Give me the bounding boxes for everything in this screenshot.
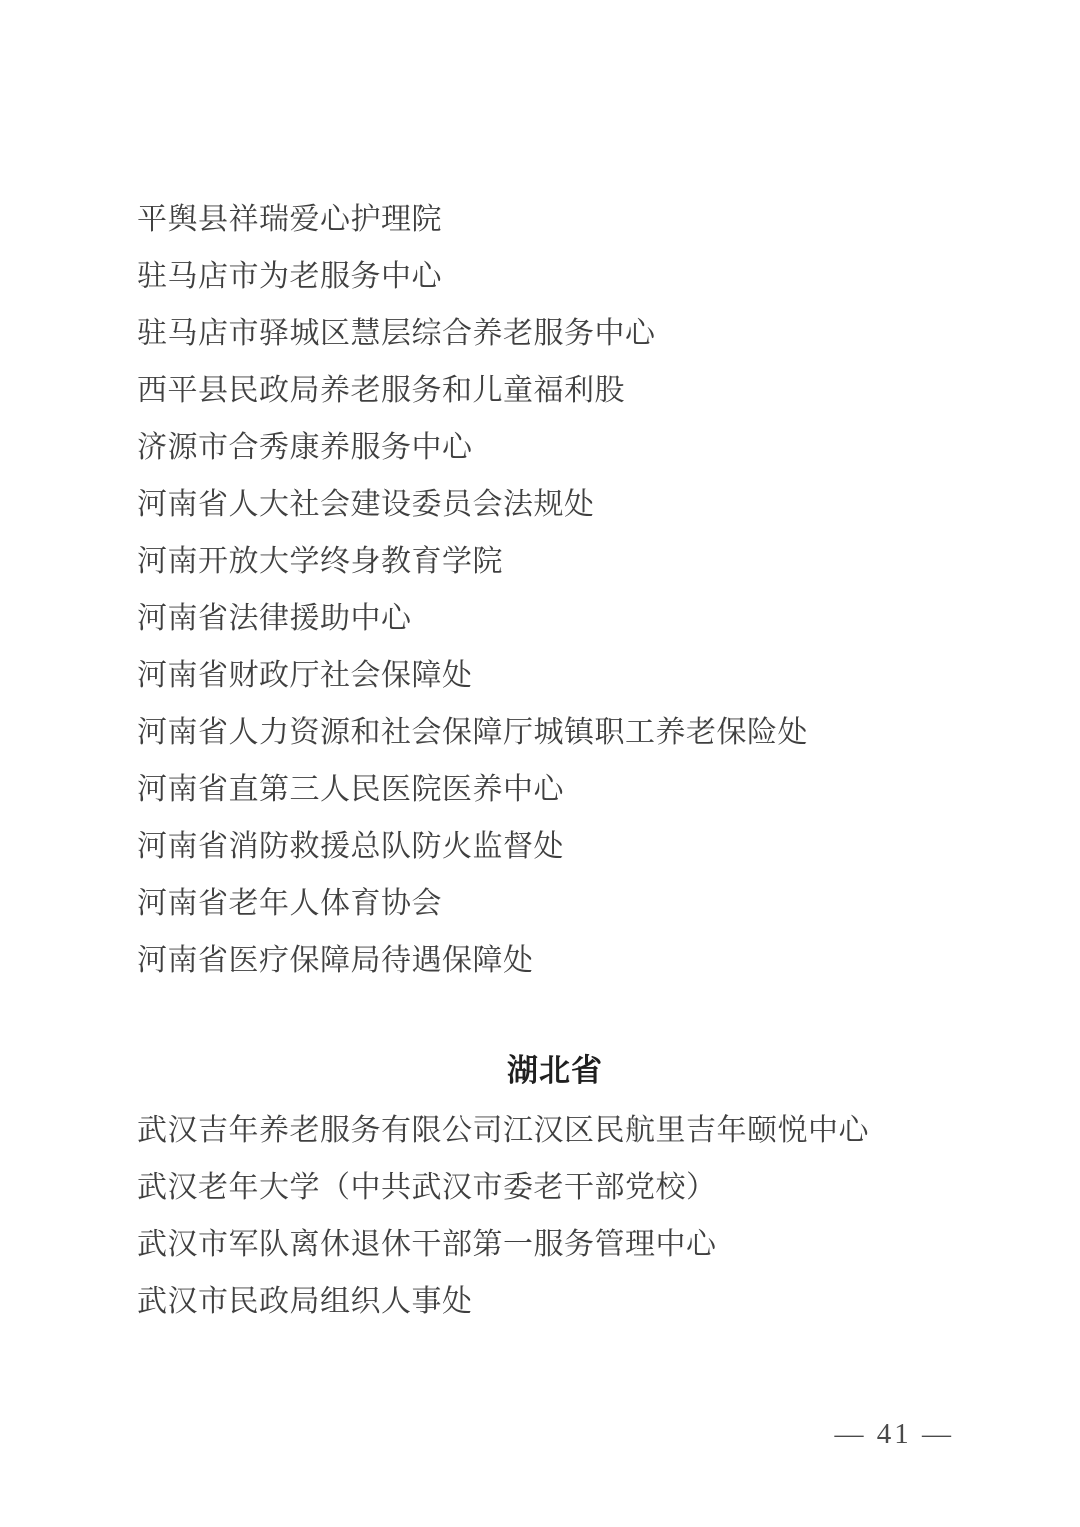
document-page: 平舆县祥瑞爱心护理院 驻马店市为老服务中心 驻马店市驿城区慧层综合养老服务中心 … [0,0,1080,1527]
org-name-line: 河南省医疗保障局待遇保障处 [137,944,973,1001]
org-name-line: 河南开放大学终身教育学院 [137,545,973,602]
org-name-line: 驻马店市为老服务中心 [137,260,973,317]
org-name-line: 西平县民政局养老服务和儿童福利股 [137,374,973,431]
org-name-line: 平舆县祥瑞爱心护理院 [137,203,973,260]
section-hubei-organizations: 武汉吉年养老服务有限公司江汉区民航里吉年颐悦中心 武汉老年大学（中共武汉市委老干… [137,1114,973,1342]
award-list: 平舆县祥瑞爱心护理院 驻马店市为老服务中心 驻马店市驿城区慧层综合养老服务中心 … [137,203,973,1342]
org-name-line: 济源市合秀康养服务中心 [137,431,973,488]
org-name-line: 河南省财政厅社会保障处 [137,659,973,716]
org-name-line: 河南省人力资源和社会保障厅城镇职工养老保险处 [137,716,973,773]
org-name-line: 河南省老年人体育协会 [137,887,973,944]
org-name-line: 武汉吉年养老服务有限公司江汉区民航里吉年颐悦中心 [137,1114,973,1171]
org-name-line: 河南省消防救援总队防火监督处 [137,830,973,887]
page-number: — 41 — [835,1418,955,1450]
section-henan-organizations: 平舆县祥瑞爱心护理院 驻马店市为老服务中心 驻马店市驿城区慧层综合养老服务中心 … [137,203,973,1001]
org-name-line: 河南省人大社会建设委员会法规处 [137,488,973,545]
province-heading-hubei: 湖北省 [137,1055,973,1086]
org-name-line: 武汉市民政局组织人事处 [137,1285,973,1342]
page-footer: — 41 — [835,1418,955,1450]
org-name-line: 武汉市军队离休退休干部第一服务管理中心 [137,1228,973,1285]
org-name-line: 驻马店市驿城区慧层综合养老服务中心 [137,317,973,374]
org-name-line: 河南省法律援助中心 [137,602,973,659]
org-name-line: 河南省直第三人民医院医养中心 [137,773,973,830]
org-name-line: 武汉老年大学（中共武汉市委老干部党校） [137,1171,973,1228]
